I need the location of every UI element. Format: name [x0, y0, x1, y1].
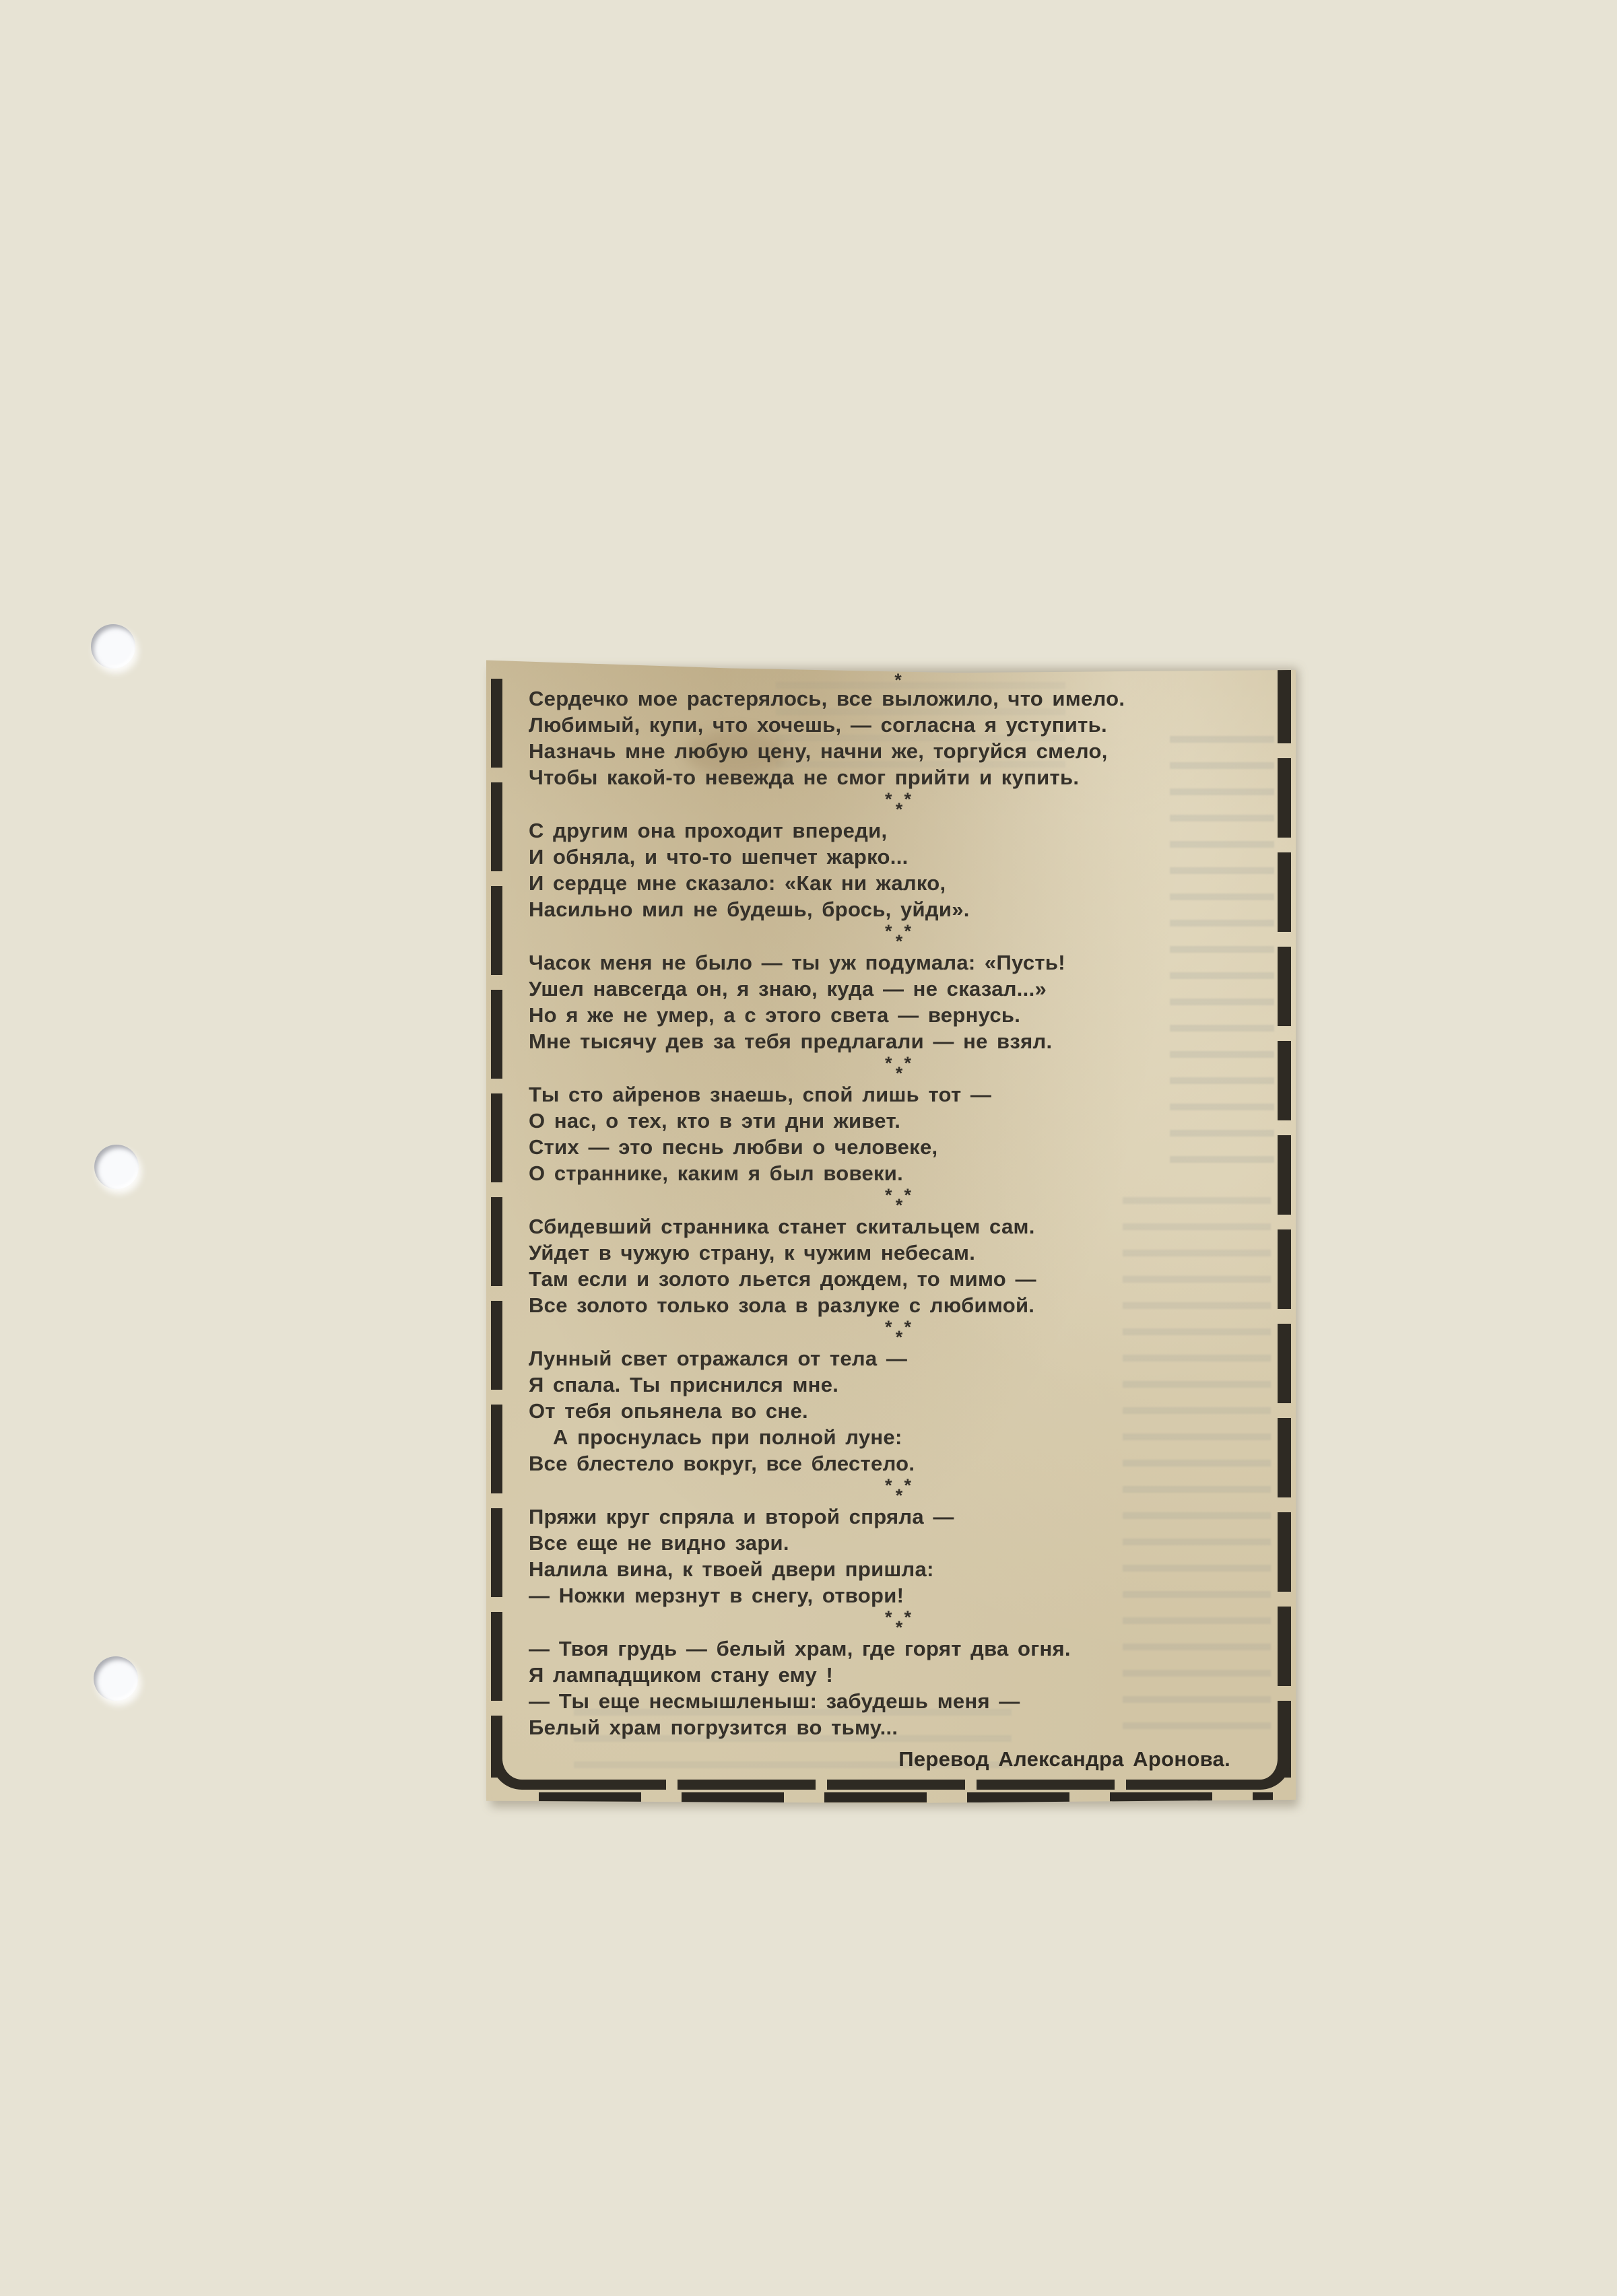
- column-rule-right: [1278, 664, 1291, 1778]
- poem-line: Белый храм погрузится во тьму...: [529, 1714, 1155, 1741]
- poem-stanza: — Твоя грудь — белый храм, где горят два…: [529, 1635, 1155, 1741]
- poem-line: Я лампадщиком стану ему !: [529, 1662, 1155, 1688]
- poem-column: * Сердечко мое растерялось, все выложило…: [529, 667, 1155, 1772]
- asterisk-row: *: [896, 1332, 903, 1343]
- stanza-separator: * **: [798, 1054, 1000, 1081]
- poem-line: О нас, о тех, кто в эти дни живет.: [529, 1108, 1155, 1134]
- poem-line: — Ножки мерзнут в снегу, отвори!: [529, 1582, 1155, 1609]
- poem-line: И сердце мне сказало: «Как ни жалко,: [529, 870, 1155, 896]
- poem-stanza: Ты сто айренов знаешь, спой лишь тот —О …: [529, 1081, 1155, 1186]
- punch-hole: [94, 1656, 138, 1701]
- poem-line: От тебя опьянела во сне.: [529, 1398, 1155, 1424]
- asterisk-row: *: [896, 937, 903, 947]
- poem-line: Ты сто айренов знаешь, спой лишь тот —: [529, 1081, 1155, 1108]
- poem-line: Часок меня не было — ты уж подумала: «Пу…: [529, 949, 1155, 976]
- poem-line: Пряжи круг спряла и второй спряла —: [529, 1504, 1155, 1530]
- poem-line: Я спала. Ты приснился мне.: [529, 1372, 1155, 1398]
- poem-stanza: Пряжи круг спряла и второй спряла —Все е…: [529, 1504, 1155, 1609]
- poem-line: Назначь мне любую цену, начни же, торгуй…: [529, 738, 1155, 764]
- stanza-separator: * **: [798, 1186, 1000, 1213]
- poem-line: Лунный свет отражался от тела —: [529, 1345, 1155, 1372]
- poem-line: — Ты еще несмышленыш: забудешь меня —: [529, 1688, 1155, 1714]
- poem-line: Сердечко мое растерялось, все выложило, …: [529, 685, 1155, 712]
- bleedthrough-text: [1170, 736, 1274, 1167]
- poem-stanza: Часок меня не было — ты уж подумала: «Пу…: [529, 949, 1155, 1054]
- poem-line: С другим она проходит впереди,: [529, 817, 1155, 844]
- asterisk-row: *: [896, 1623, 903, 1633]
- poem-line: Любимый, купи, что хочешь, — согласна я …: [529, 712, 1155, 738]
- punch-hole: [91, 624, 135, 669]
- poem-stanza: Сердечко мое растерялось, все выложило, …: [529, 685, 1155, 790]
- poem-line: Все блестело вокруг, все блестело.: [529, 1450, 1155, 1477]
- bottom-frame-bar: [528, 1780, 1254, 1790]
- punch-hole: [94, 1145, 139, 1189]
- poem-line: Налила вина, к твоей двери пришла:: [529, 1556, 1155, 1582]
- asterisk-row: *: [896, 1069, 903, 1079]
- poem-line: И обняла, и что-то шепчет жарко...: [529, 844, 1155, 870]
- asterisk: *: [894, 675, 904, 685]
- poem-line: — Твоя грудь — белый храм, где горят два…: [529, 1635, 1155, 1662]
- poem-line: Сбидевший странника станет скитальцем са…: [529, 1213, 1155, 1240]
- stanza-separator: * **: [798, 1609, 1000, 1635]
- poem-line: Но я же не умер, а с этого света — верну…: [529, 1002, 1155, 1028]
- poem-line: Стих — это песнь любви о человеке,: [529, 1134, 1155, 1160]
- stanza-separator: * **: [798, 790, 1000, 817]
- news-clipping: * Сердечко мое растерялось, все выложило…: [486, 659, 1296, 1803]
- poem-line: Насильно мил не будешь, брось, уйди».: [529, 896, 1155, 922]
- scanned-page: * Сердечко мое растерялось, все выложило…: [0, 0, 1617, 2296]
- poem-stanza: Лунный свет отражался от тела —Я спала. …: [529, 1345, 1155, 1477]
- poem-line: Чтобы какой-то невежда не смог прийти и …: [529, 764, 1155, 790]
- translator-credit: Перевод Александра Аронова.: [529, 1746, 1230, 1772]
- asterisk-row: *: [896, 1491, 903, 1501]
- stanza-separator: * **: [798, 1318, 1000, 1345]
- stanza-separator: * **: [798, 922, 1000, 949]
- poem-line: А проснулась при полной луне:: [529, 1424, 1155, 1450]
- poem-line: Там если и золото льется дождем, то мимо…: [529, 1266, 1155, 1292]
- poem-stanzas: Сердечко мое растерялось, все выложило, …: [529, 685, 1155, 1741]
- stanza-separator: * **: [798, 1477, 1000, 1504]
- poem-line: Ушел навсегда он, я знаю, куда — не сказ…: [529, 976, 1155, 1002]
- poem-line: Уйдет в чужую страну, к чужим небесам.: [529, 1240, 1155, 1266]
- poem-stanza: С другим она проходит впереди,И обняла, …: [529, 817, 1155, 922]
- column-rule-left: [491, 679, 502, 1778]
- asterisk-row: *: [896, 805, 903, 815]
- poem-line: Мне тысячу дев за тебя предлагали — не в…: [529, 1028, 1155, 1054]
- poem-line: Все золото только зола в разлуке с любим…: [529, 1292, 1155, 1318]
- asterisk-row: *: [896, 1201, 903, 1211]
- poem-stanza: Сбидевший странника станет скитальцем са…: [529, 1213, 1155, 1318]
- poem-line: О страннике, каким я был вовеки.: [529, 1160, 1155, 1186]
- poem-line: Все еще не видно зари.: [529, 1530, 1155, 1556]
